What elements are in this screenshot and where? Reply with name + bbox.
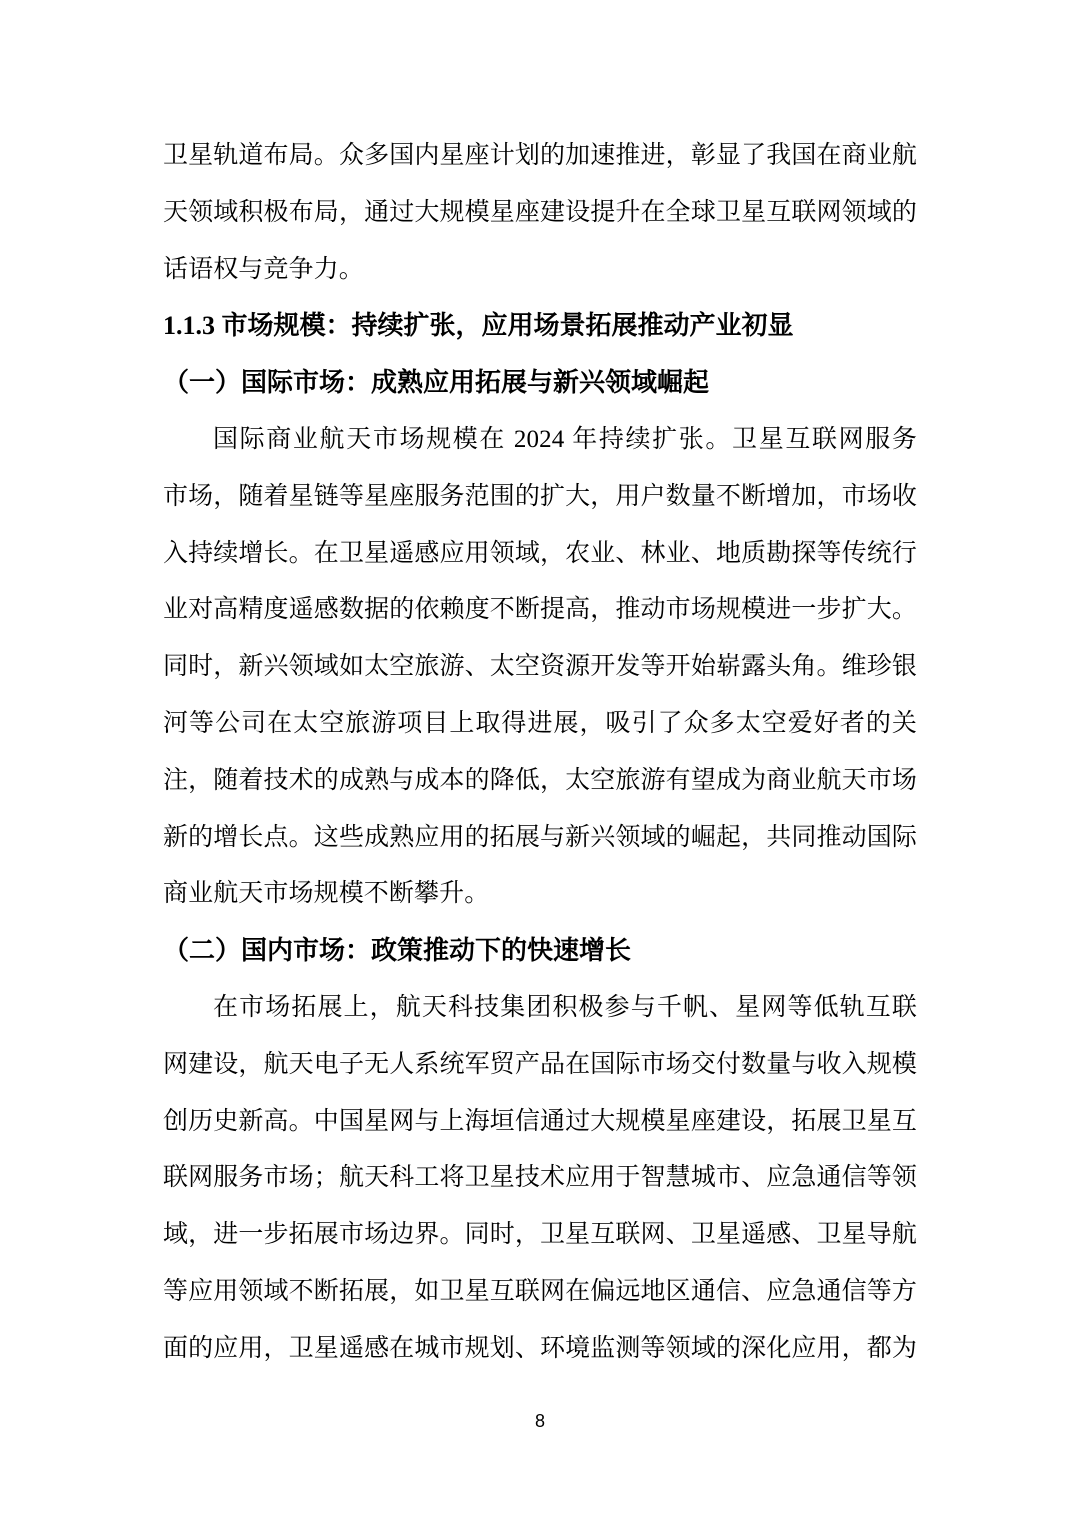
international-paragraph-line: 同时，新兴领域如太空旅游、太空资源开发等开始崭露头角。维珍银	[163, 639, 917, 696]
international-paragraph-line: 注，随着技术的成熟与成本的降低，太空旅游有望成为商业航天市场	[163, 753, 917, 810]
text-column: 卫星轨道布局。众多国内星座计划的加速推进，彰显了我国在商业航 天领域积极布局，通…	[163, 128, 917, 1378]
domestic-paragraph-line: 网建设，航天电子无人系统军贸产品在国际市场交付数量与收入规模	[163, 1037, 917, 1094]
international-paragraph-line: 河等公司在太空旅游项目上取得进展，吸引了众多太空爱好者的关	[163, 696, 917, 753]
domestic-paragraph-line: 等应用领域不断拓展，如卫星互联网在偏远地区通信、应急通信等方	[163, 1264, 917, 1321]
international-paragraph-line: 商业航天市场规模不断攀升。	[163, 866, 917, 923]
intro-paragraph-line: 卫星轨道布局。众多国内星座计划的加速推进，彰显了我国在商业航	[163, 128, 917, 185]
section-heading-market-scale: 1.1.3 市场规模：持续扩张，应用场景拓展推动产业初显	[163, 298, 917, 355]
domestic-paragraph-line: 面的应用，卫星遥感在城市规划、环境监测等领域的深化应用，都为	[163, 1321, 917, 1378]
international-paragraph-line: 业对高精度遥感数据的依赖度不断提高，推动市场规模进一步扩大。	[163, 582, 917, 639]
international-paragraph-line: 入持续增长。在卫星遥感应用领域，农业、林业、地质勘探等传统行	[163, 526, 917, 583]
subsection-heading-international-market: （一）国际市场：成熟应用拓展与新兴领域崛起	[163, 355, 917, 412]
subsection-heading-domestic-market: （二）国内市场：政策推动下的快速增长	[163, 923, 917, 980]
domestic-paragraph-line: 域，进一步拓展市场边界。同时，卫星互联网、卫星遥感、卫星导航	[163, 1207, 917, 1264]
intro-paragraph-line: 话语权与竞争力。	[163, 242, 917, 299]
page-number: 8	[0, 1406, 1080, 1436]
domestic-paragraph-line: 在市场拓展上，航天科技集团积极参与千帆、星网等低轨互联	[163, 980, 917, 1037]
domestic-paragraph-line: 联网服务市场；航天科工将卫星技术应用于智慧城市、应急通信等领	[163, 1150, 917, 1207]
intro-paragraph-line: 天领域积极布局，通过大规模星座建设提升在全球卫星互联网领域的	[163, 185, 917, 242]
international-paragraph-line: 市场，随着星链等星座服务范围的扩大，用户数量不断增加，市场收	[163, 469, 917, 526]
international-paragraph-line: 新的增长点。这些成熟应用的拓展与新兴领域的崛起，共同推动国际	[163, 810, 917, 867]
domestic-paragraph-line: 创历史新高。中国星网与上海垣信通过大规模星座建设，拓展卫星互	[163, 1094, 917, 1151]
document-page: 卫星轨道布局。众多国内星座计划的加速推进，彰显了我国在商业航 天领域积极布局，通…	[0, 0, 1080, 1526]
international-paragraph-line: 国际商业航天市场规模在 2024 年持续扩张。卫星互联网服务	[163, 412, 917, 469]
